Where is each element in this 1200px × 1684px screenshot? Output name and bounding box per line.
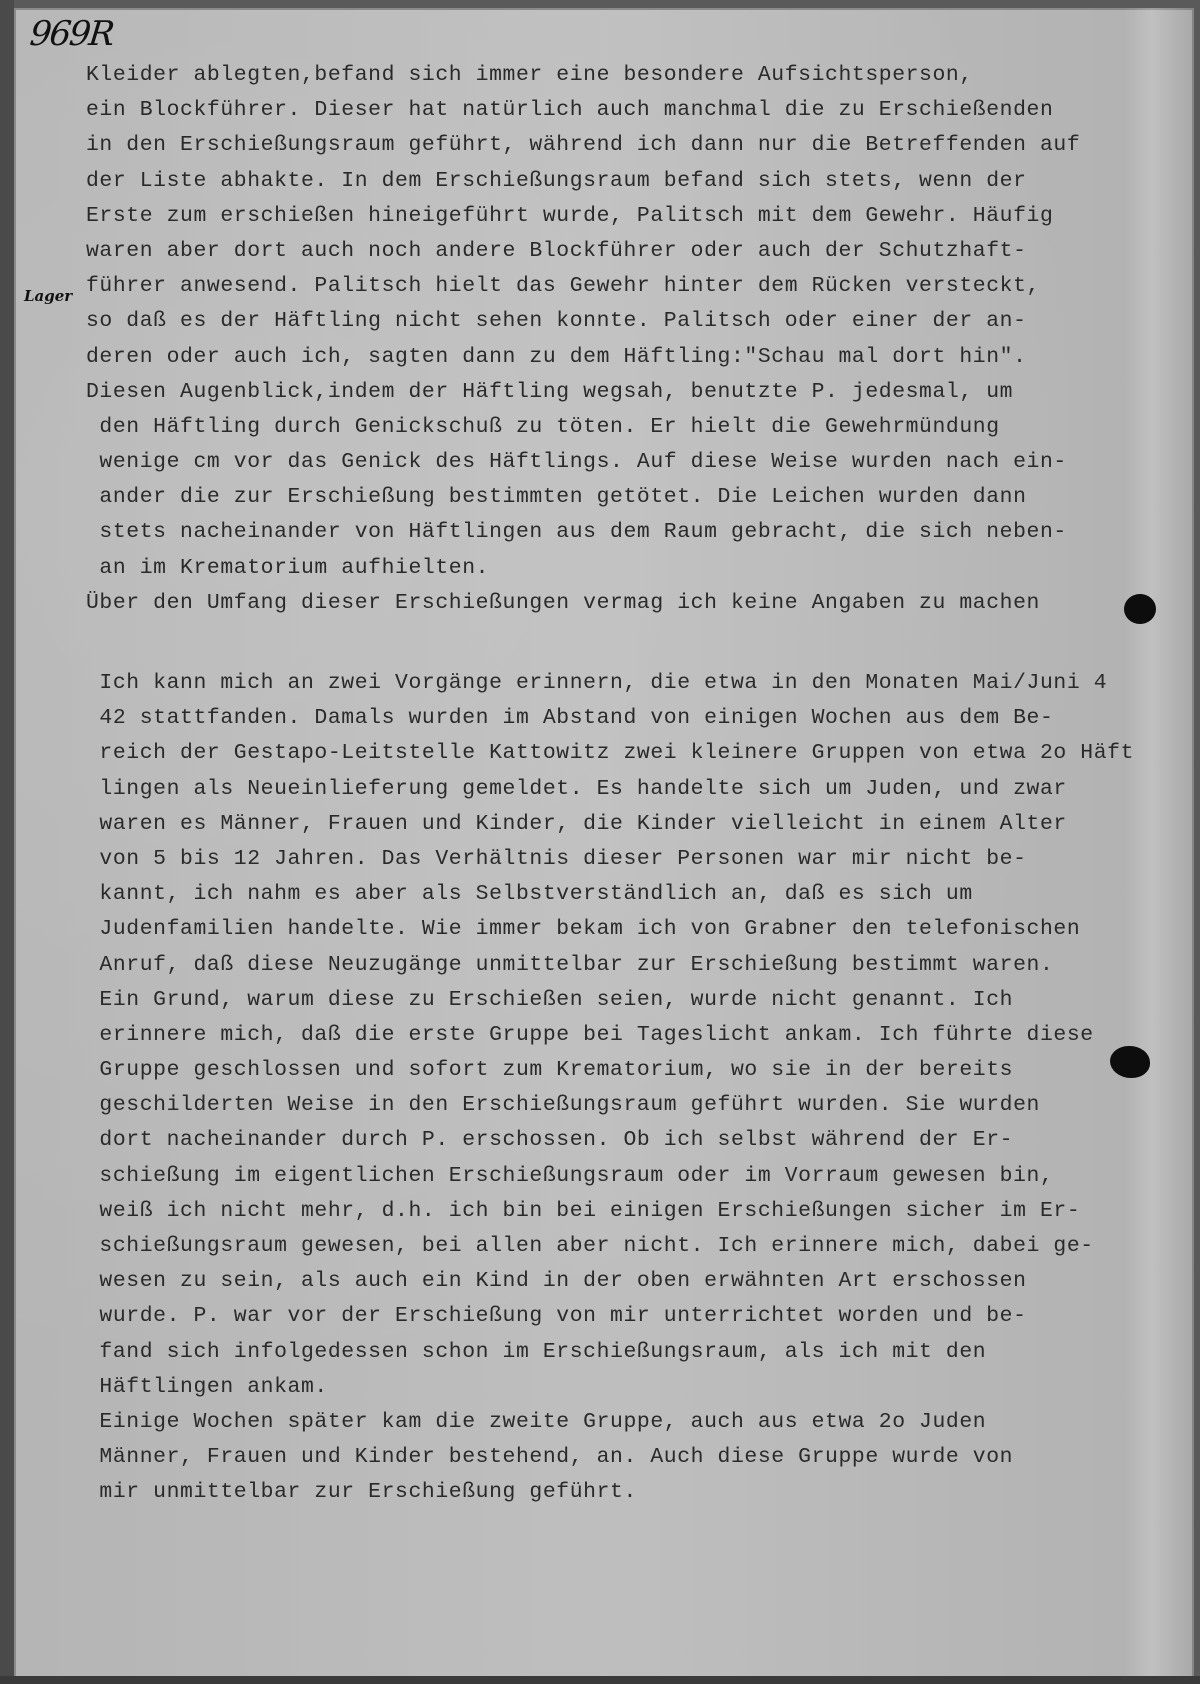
paragraph-gap: [86, 621, 1186, 666]
text-line: stets nacheinander von Häftlingen aus de…: [86, 515, 1186, 550]
text-line: ander die zur Erschießung bestimmten get…: [86, 480, 1186, 515]
text-line: 42 stattfanden. Damals wurden im Abstand…: [86, 701, 1186, 736]
text-line: der Liste abhakte. In dem Erschießungsra…: [86, 164, 1186, 199]
text-line: von 5 bis 12 Jahren. Das Verhältnis dies…: [86, 842, 1186, 877]
text-line: waren aber dort auch noch andere Blockfü…: [86, 234, 1186, 269]
text-line: schießungsraum gewesen, bei allen aber n…: [86, 1229, 1186, 1264]
handwritten-page-number: 969R: [28, 14, 115, 54]
text-line: reich der Gestapo-Leitstelle Kattowitz z…: [86, 736, 1186, 771]
text-line: waren es Männer, Frauen und Kinder, die …: [86, 807, 1186, 842]
text-line: Gruppe geschlossen und sofort zum Kremat…: [86, 1053, 1186, 1088]
scan-left-edge: [0, 0, 14, 1684]
text-line: an im Krematorium aufhielten.: [86, 551, 1186, 586]
text-line: den Häftling durch Genickschuß zu töten.…: [86, 410, 1186, 445]
text-line: führer anwesend. Palitsch hielt das Gewe…: [86, 269, 1186, 304]
text-line: mir unmittelbar zur Erschießung geführt.: [86, 1475, 1186, 1510]
text-line: deren oder auch ich, sagten dann zu dem …: [86, 340, 1186, 375]
text-line: wurde. P. war vor der Erschießung von mi…: [86, 1299, 1186, 1334]
text-line: so daß es der Häftling nicht sehen konnt…: [86, 304, 1186, 339]
text-line: kannt, ich nahm es aber als Selbstverstä…: [86, 877, 1186, 912]
text-line: weiß ich nicht mehr, d.h. ich bin bei ei…: [86, 1194, 1186, 1229]
text-line: wenige cm vor das Genick des Häftlings. …: [86, 445, 1186, 480]
ink-blot: [1124, 594, 1156, 624]
text-line: Männer, Frauen und Kinder bestehend, an.…: [86, 1440, 1186, 1475]
text-line: erinnere mich, daß die erste Gruppe bei …: [86, 1018, 1186, 1053]
text-line: Häftlingen ankam.: [86, 1370, 1186, 1405]
text-line: Ich kann mich an zwei Vorgänge erinnern,…: [86, 666, 1186, 701]
scan-bottom-edge: [0, 1676, 1200, 1684]
text-line: geschilderten Weise in den Erschießungsr…: [86, 1088, 1186, 1123]
text-line: lingen als Neueinlieferung gemeldet. Es …: [86, 772, 1186, 807]
text-line: Judenfamilien handelte. Wie immer bekam …: [86, 912, 1186, 947]
ink-blot: [1110, 1046, 1150, 1078]
text-line: Einige Wochen später kam die zweite Grup…: [86, 1405, 1186, 1440]
text-line: ein Blockführer. Dieser hat natürlich au…: [86, 93, 1186, 128]
paragraph-1: Kleider ablegten,befand sich immer eine …: [86, 58, 1186, 621]
text-line: Anruf, daß diese Neuzugänge unmittelbar …: [86, 948, 1186, 983]
text-line: Diesen Augenblick,indem der Häftling weg…: [86, 375, 1186, 410]
text-line: schießung im eigentlichen Erschießungsra…: [86, 1159, 1186, 1194]
text-line: in den Erschießungsraum geführt, während…: [86, 128, 1186, 163]
text-line: wesen zu sein, als auch ein Kind in der …: [86, 1264, 1186, 1299]
text-line: Über den Umfang dieser Erschießungen ver…: [86, 586, 1186, 621]
text-line: Ein Grund, warum diese zu Erschießen sei…: [86, 983, 1186, 1018]
document-body: Kleider ablegten,befand sich immer eine …: [86, 58, 1186, 1511]
text-line: Erste zum erschießen hineigeführt wurde,…: [86, 199, 1186, 234]
text-line: fand sich infolgedessen schon im Erschie…: [86, 1335, 1186, 1370]
text-line: Kleider ablegten,befand sich immer eine …: [86, 58, 1186, 93]
handwritten-margin-note: Lager: [24, 287, 72, 305]
paragraph-2: Ich kann mich an zwei Vorgänge erinnern,…: [86, 666, 1186, 1511]
text-line: dort nacheinander durch P. erschossen. O…: [86, 1123, 1186, 1158]
